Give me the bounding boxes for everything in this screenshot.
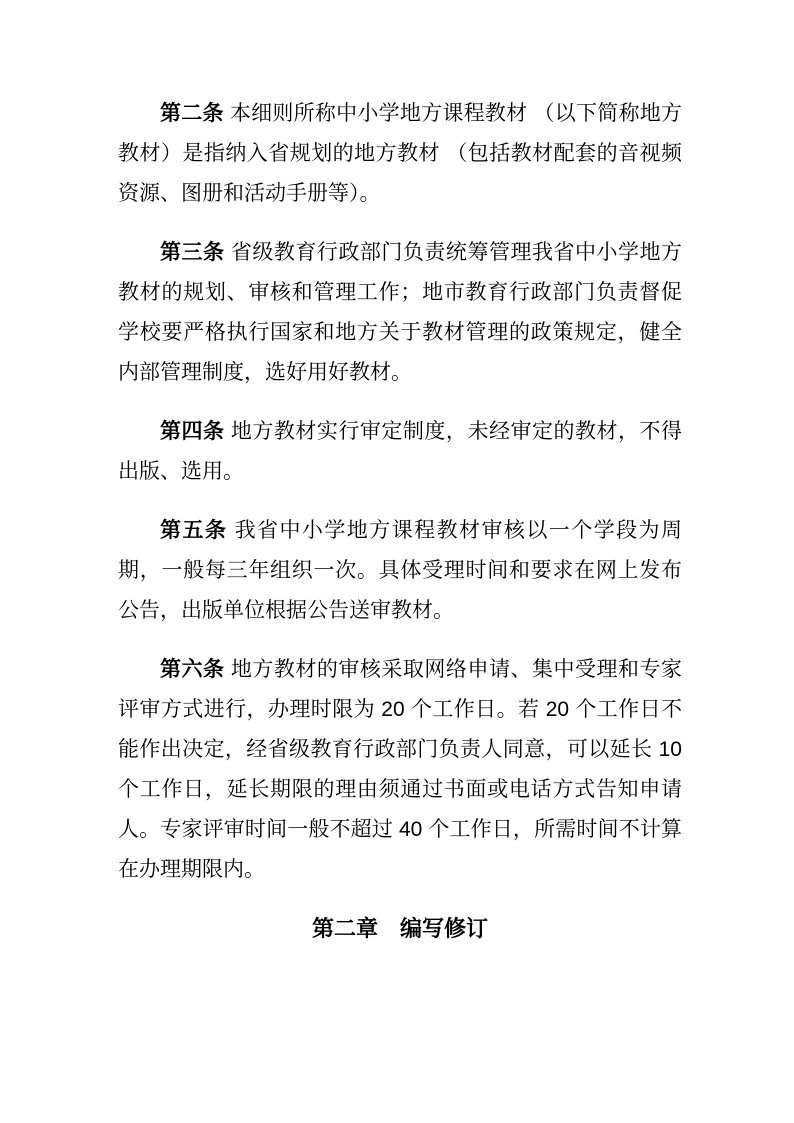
article-3-label: 第三条: [160, 241, 225, 264]
paragraph-article-3: 第三条 省级教育行政部门负责统筹管理我省中小学地方教材的规划、审核和管理工作；地…: [118, 233, 682, 393]
paragraph-article-5: 第五条 我省中小学地方课程教材审核以一个学段为周期，一般每三年组织一次。具体受理…: [118, 511, 682, 631]
article-5-label: 第五条: [160, 519, 227, 542]
article-4-label: 第四条: [160, 420, 225, 443]
article-6-text: 地方教材的审核采取网络申请、集中受理和专家评审方式进行，办理时限为 20 个工作…: [118, 658, 682, 881]
article-2-label: 第二条: [160, 102, 224, 125]
document-page: 第二条 本细则所称中小学地方课程教材 （以下简称地方教材）是指纳入省规划的地方教…: [0, 0, 794, 1123]
article-6-label: 第六条: [160, 658, 225, 681]
paragraph-article-4: 第四条 地方教材实行审定制度，未经审定的教材，不得出版、选用。: [118, 412, 682, 492]
paragraph-article-6: 第六条 地方教材的审核采取网络申请、集中受理和专家评审方式进行，办理时限为 20…: [118, 650, 682, 890]
chapter-heading: 第二章 编写修订: [118, 909, 682, 949]
paragraph-article-2: 第二条 本细则所称中小学地方课程教材 （以下简称地方教材）是指纳入省规划的地方教…: [118, 94, 682, 214]
